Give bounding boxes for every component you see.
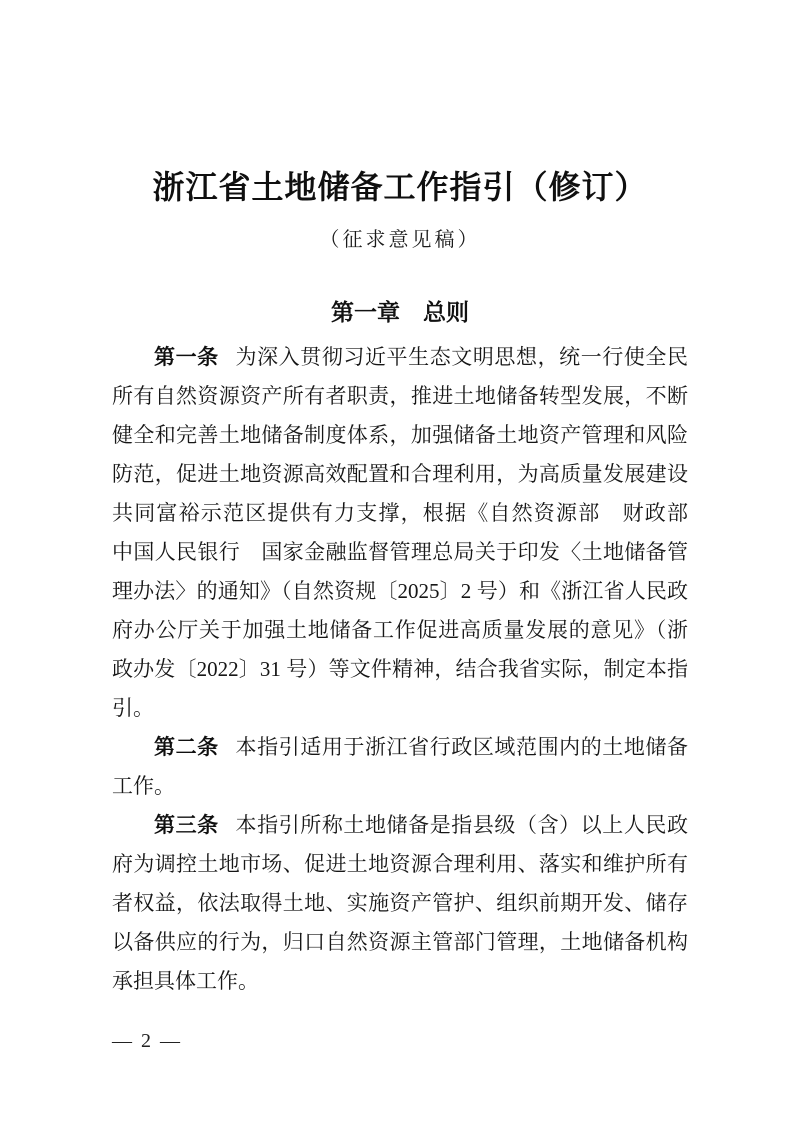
document-title: 浙江省土地储备工作指引（修订） (0, 0, 800, 206)
article-paragraph-3: 第三条本指引所称土地储备是指县级（含）以上人民政府为调控土地市场、促进土地资源合… (112, 806, 688, 1001)
page-footer: — 2 — (112, 1030, 182, 1053)
document-body: 第一条为深入贯彻习近平生态文明思想，统一行使全民所有自然资源资产所有者职责，推进… (112, 338, 688, 1001)
article-paragraph-1: 第一条为深入贯彻习近平生态文明思想，统一行使全民所有自然资源资产所有者职责，推进… (112, 338, 688, 728)
article-paragraph-2: 第二条本指引适用于浙江省行政区域范围内的土地储备工作。 (112, 728, 688, 806)
article-3-text: 本指引所称土地储备是指县级（含）以上人民政府为调控土地市场、促进土地资源合理利用… (112, 813, 688, 993)
article-3-label: 第三条 (154, 814, 219, 837)
document-subtitle: （征求意见稿） (0, 223, 800, 252)
document-page: 浙江省土地储备工作指引（修订） （征求意见稿） 第一章 总则 第一条为深入贯彻习… (0, 0, 800, 1132)
article-2-label: 第二条 (154, 736, 219, 759)
page-number: — 2 — (112, 1030, 182, 1052)
article-1-text: 为深入贯彻习近平生态文明思想，统一行使全民所有自然资源资产所有者职责，推进土地储… (112, 345, 709, 720)
article-1-label: 第一条 (154, 346, 219, 369)
chapter-heading: 第一章 总则 (0, 299, 800, 327)
